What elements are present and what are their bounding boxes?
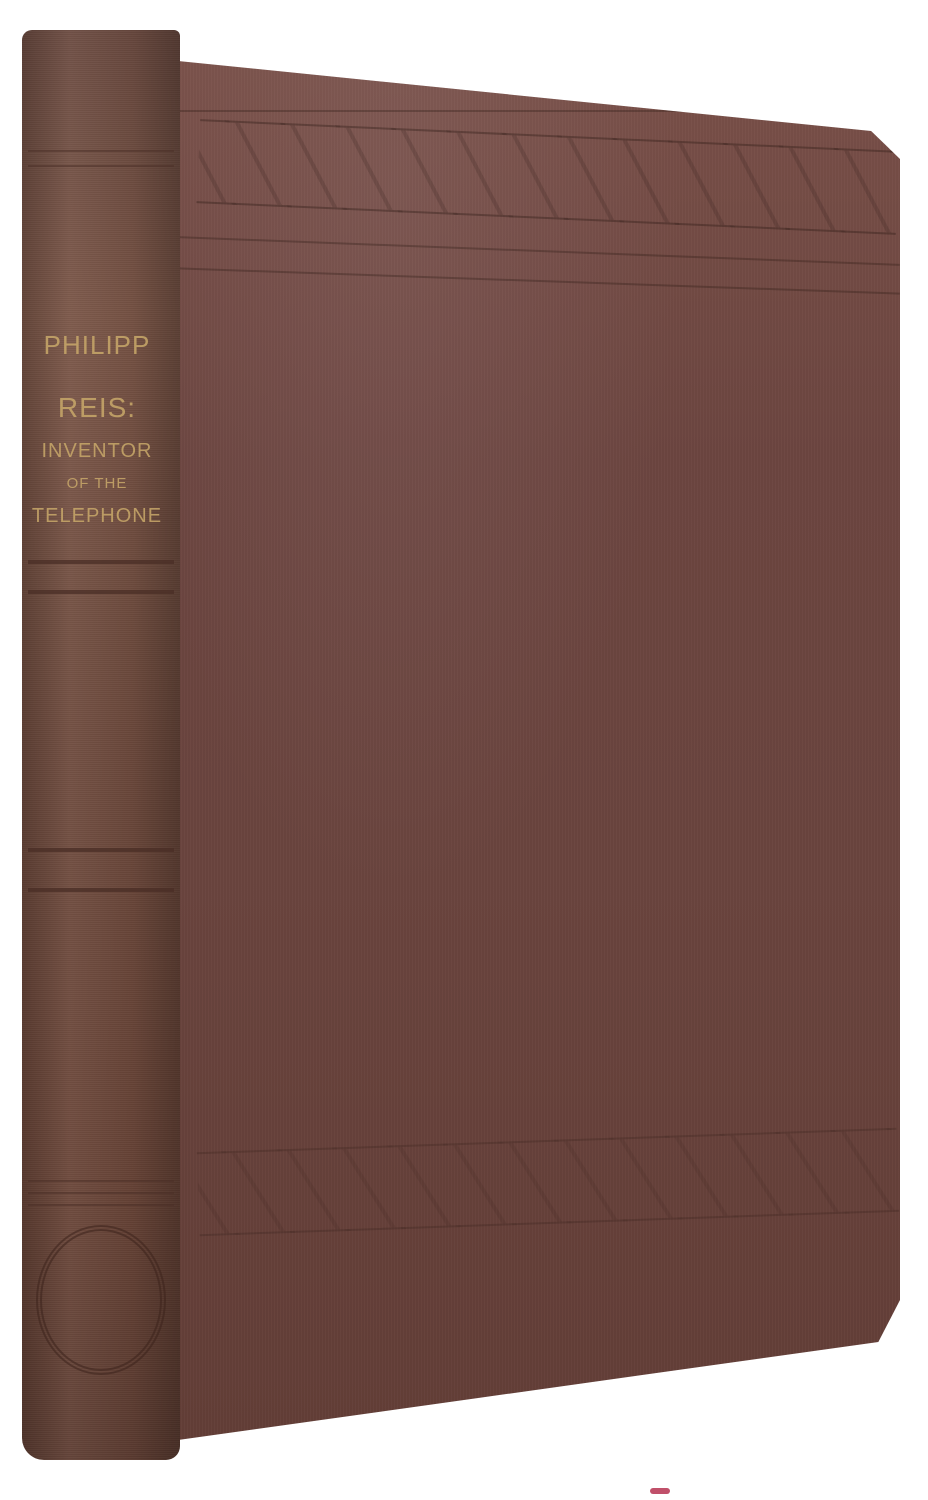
spine-band — [28, 165, 174, 167]
cover-rule — [178, 110, 900, 112]
spine-title-line: INVENTOR — [22, 440, 172, 463]
spine-band — [28, 848, 174, 852]
cover-bottom-border-ornament — [197, 1128, 900, 1236]
spine-ornament — [36, 1225, 166, 1375]
headband — [650, 1488, 670, 1494]
spine-band — [28, 590, 174, 594]
spine-title-line: OF THE — [22, 475, 172, 492]
cover-rule — [178, 236, 900, 266]
book-photo: PHILIPP REIS: INVENTOR OF THE TELEPHONE — [0, 0, 928, 1500]
cover-rule — [178, 267, 900, 294]
spine-band — [28, 1204, 174, 1206]
spine-band — [28, 1180, 174, 1182]
spine-band — [28, 560, 174, 564]
front-cover — [178, 40, 900, 1440]
spine-band — [28, 888, 174, 892]
spine-title-line: REIS: — [22, 392, 172, 424]
cover-top-border-ornament — [196, 119, 899, 235]
spine-band — [28, 1192, 174, 1194]
spine-title-line: TELEPHONE — [22, 505, 172, 528]
spine-title-line: PHILIPP — [22, 330, 172, 361]
spine: PHILIPP REIS: INVENTOR OF THE TELEPHONE — [22, 30, 180, 1460]
spine-band — [28, 150, 174, 152]
